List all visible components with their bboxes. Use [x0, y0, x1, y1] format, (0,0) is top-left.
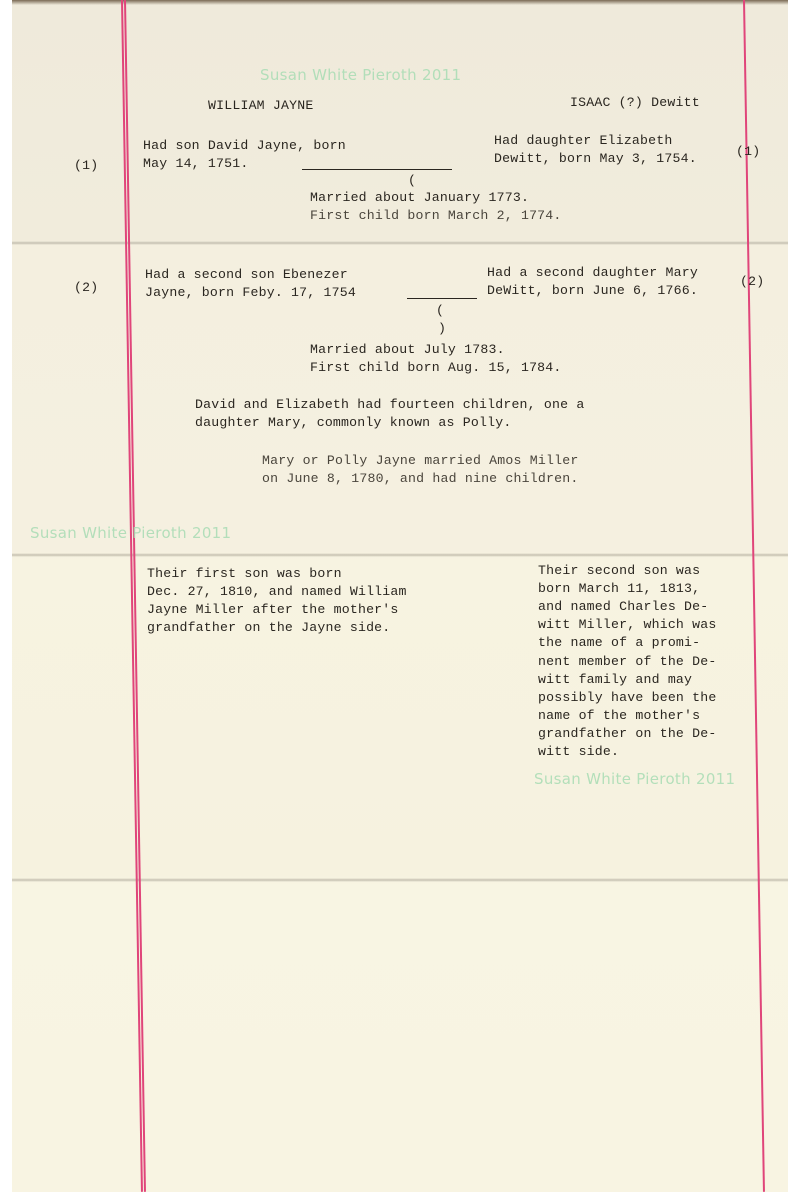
- entry1-married: Married about January 1773.: [310, 189, 529, 207]
- watermark: Susan White Pieroth 2011: [534, 770, 735, 788]
- entry2-bracket-open: (: [436, 302, 444, 320]
- second-son-line: witt Miller, which was: [538, 616, 717, 634]
- entry2-right-line1: Had a second daughter Mary: [487, 264, 698, 282]
- second-son-line: name of the mother's: [538, 707, 700, 725]
- entry1-marker: (1): [74, 157, 98, 175]
- left-ancestor-name: WILLIAM JAYNE: [208, 97, 313, 115]
- entry1-right-line1: Had daughter Elizabeth: [494, 132, 673, 150]
- first-son-line: grandfather on the Jayne side.: [147, 619, 390, 637]
- marriage-connector-line: [302, 169, 452, 170]
- entry1-bracket: (: [408, 172, 416, 190]
- first-son-line: Dec. 27, 1810, and named William: [147, 583, 407, 601]
- entry2-married: Married about July 1783.: [310, 341, 505, 359]
- second-son-line: Their second son was: [538, 562, 700, 580]
- second-son-line: grandfather on the De-: [538, 725, 717, 743]
- left-margin-line: [121, 0, 142, 1192]
- first-son-line: Their first son was born: [147, 565, 342, 583]
- second-son-line: and named Charles De-: [538, 598, 708, 616]
- entry1-right-marker: (1): [736, 143, 760, 161]
- entry2-left-line1: Had a second son Ebenezer: [145, 266, 348, 284]
- entry2-first-child: First child born Aug. 15, 1784.: [310, 359, 562, 377]
- entry2-bracket-close: ): [438, 320, 446, 338]
- entry2-right-marker: (2): [740, 273, 764, 291]
- marriage-connector-line: [407, 298, 477, 299]
- second-son-line: born March 11, 1813,: [538, 580, 700, 598]
- first-son-line: Jayne Miller after the mother's: [147, 601, 399, 619]
- entry1-left-line2: May 14, 1751.: [143, 155, 248, 173]
- summary-line4: on June 8, 1780, and had nine children.: [262, 470, 578, 488]
- second-son-line: witt side.: [538, 743, 619, 761]
- right-ancestor-name: ISAAC (?) Dewitt: [570, 94, 700, 112]
- second-son-line: possibly have been the: [538, 689, 717, 707]
- entry2-marker: (2): [74, 279, 98, 297]
- right-margin-line: [743, 0, 764, 1192]
- entry2-right-line2: DeWitt, born June 6, 1766.: [487, 282, 698, 300]
- entry1-right-line2: Dewitt, born May 3, 1754.: [494, 150, 697, 168]
- second-son-line: nent member of the De-: [538, 653, 717, 671]
- document-page: Susan White Pieroth 2011 Susan White Pie…: [12, 0, 788, 1192]
- watermark: Susan White Pieroth 2011: [260, 66, 461, 84]
- summary-line1: David and Elizabeth had fourteen childre…: [195, 396, 584, 414]
- summary-line2: daughter Mary, commonly known as Polly.: [195, 414, 511, 432]
- fold-crease: [12, 878, 788, 882]
- second-son-line: witt family and may: [538, 671, 692, 689]
- fold-crease: [12, 553, 788, 557]
- second-son-line: the name of a promi-: [538, 634, 700, 652]
- left-margin-line-inner: [124, 0, 145, 1192]
- watermark: Susan White Pieroth 2011: [30, 524, 231, 542]
- summary-line3: Mary or Polly Jayne married Amos Miller: [262, 452, 578, 470]
- entry2-left-line2: Jayne, born Feby. 17, 1754: [145, 284, 356, 302]
- entry1-first-child: First child born March 2, 1774.: [310, 207, 562, 225]
- page-top-edge: [12, 0, 788, 5]
- entry1-left-line1: Had son David Jayne, born: [143, 137, 346, 155]
